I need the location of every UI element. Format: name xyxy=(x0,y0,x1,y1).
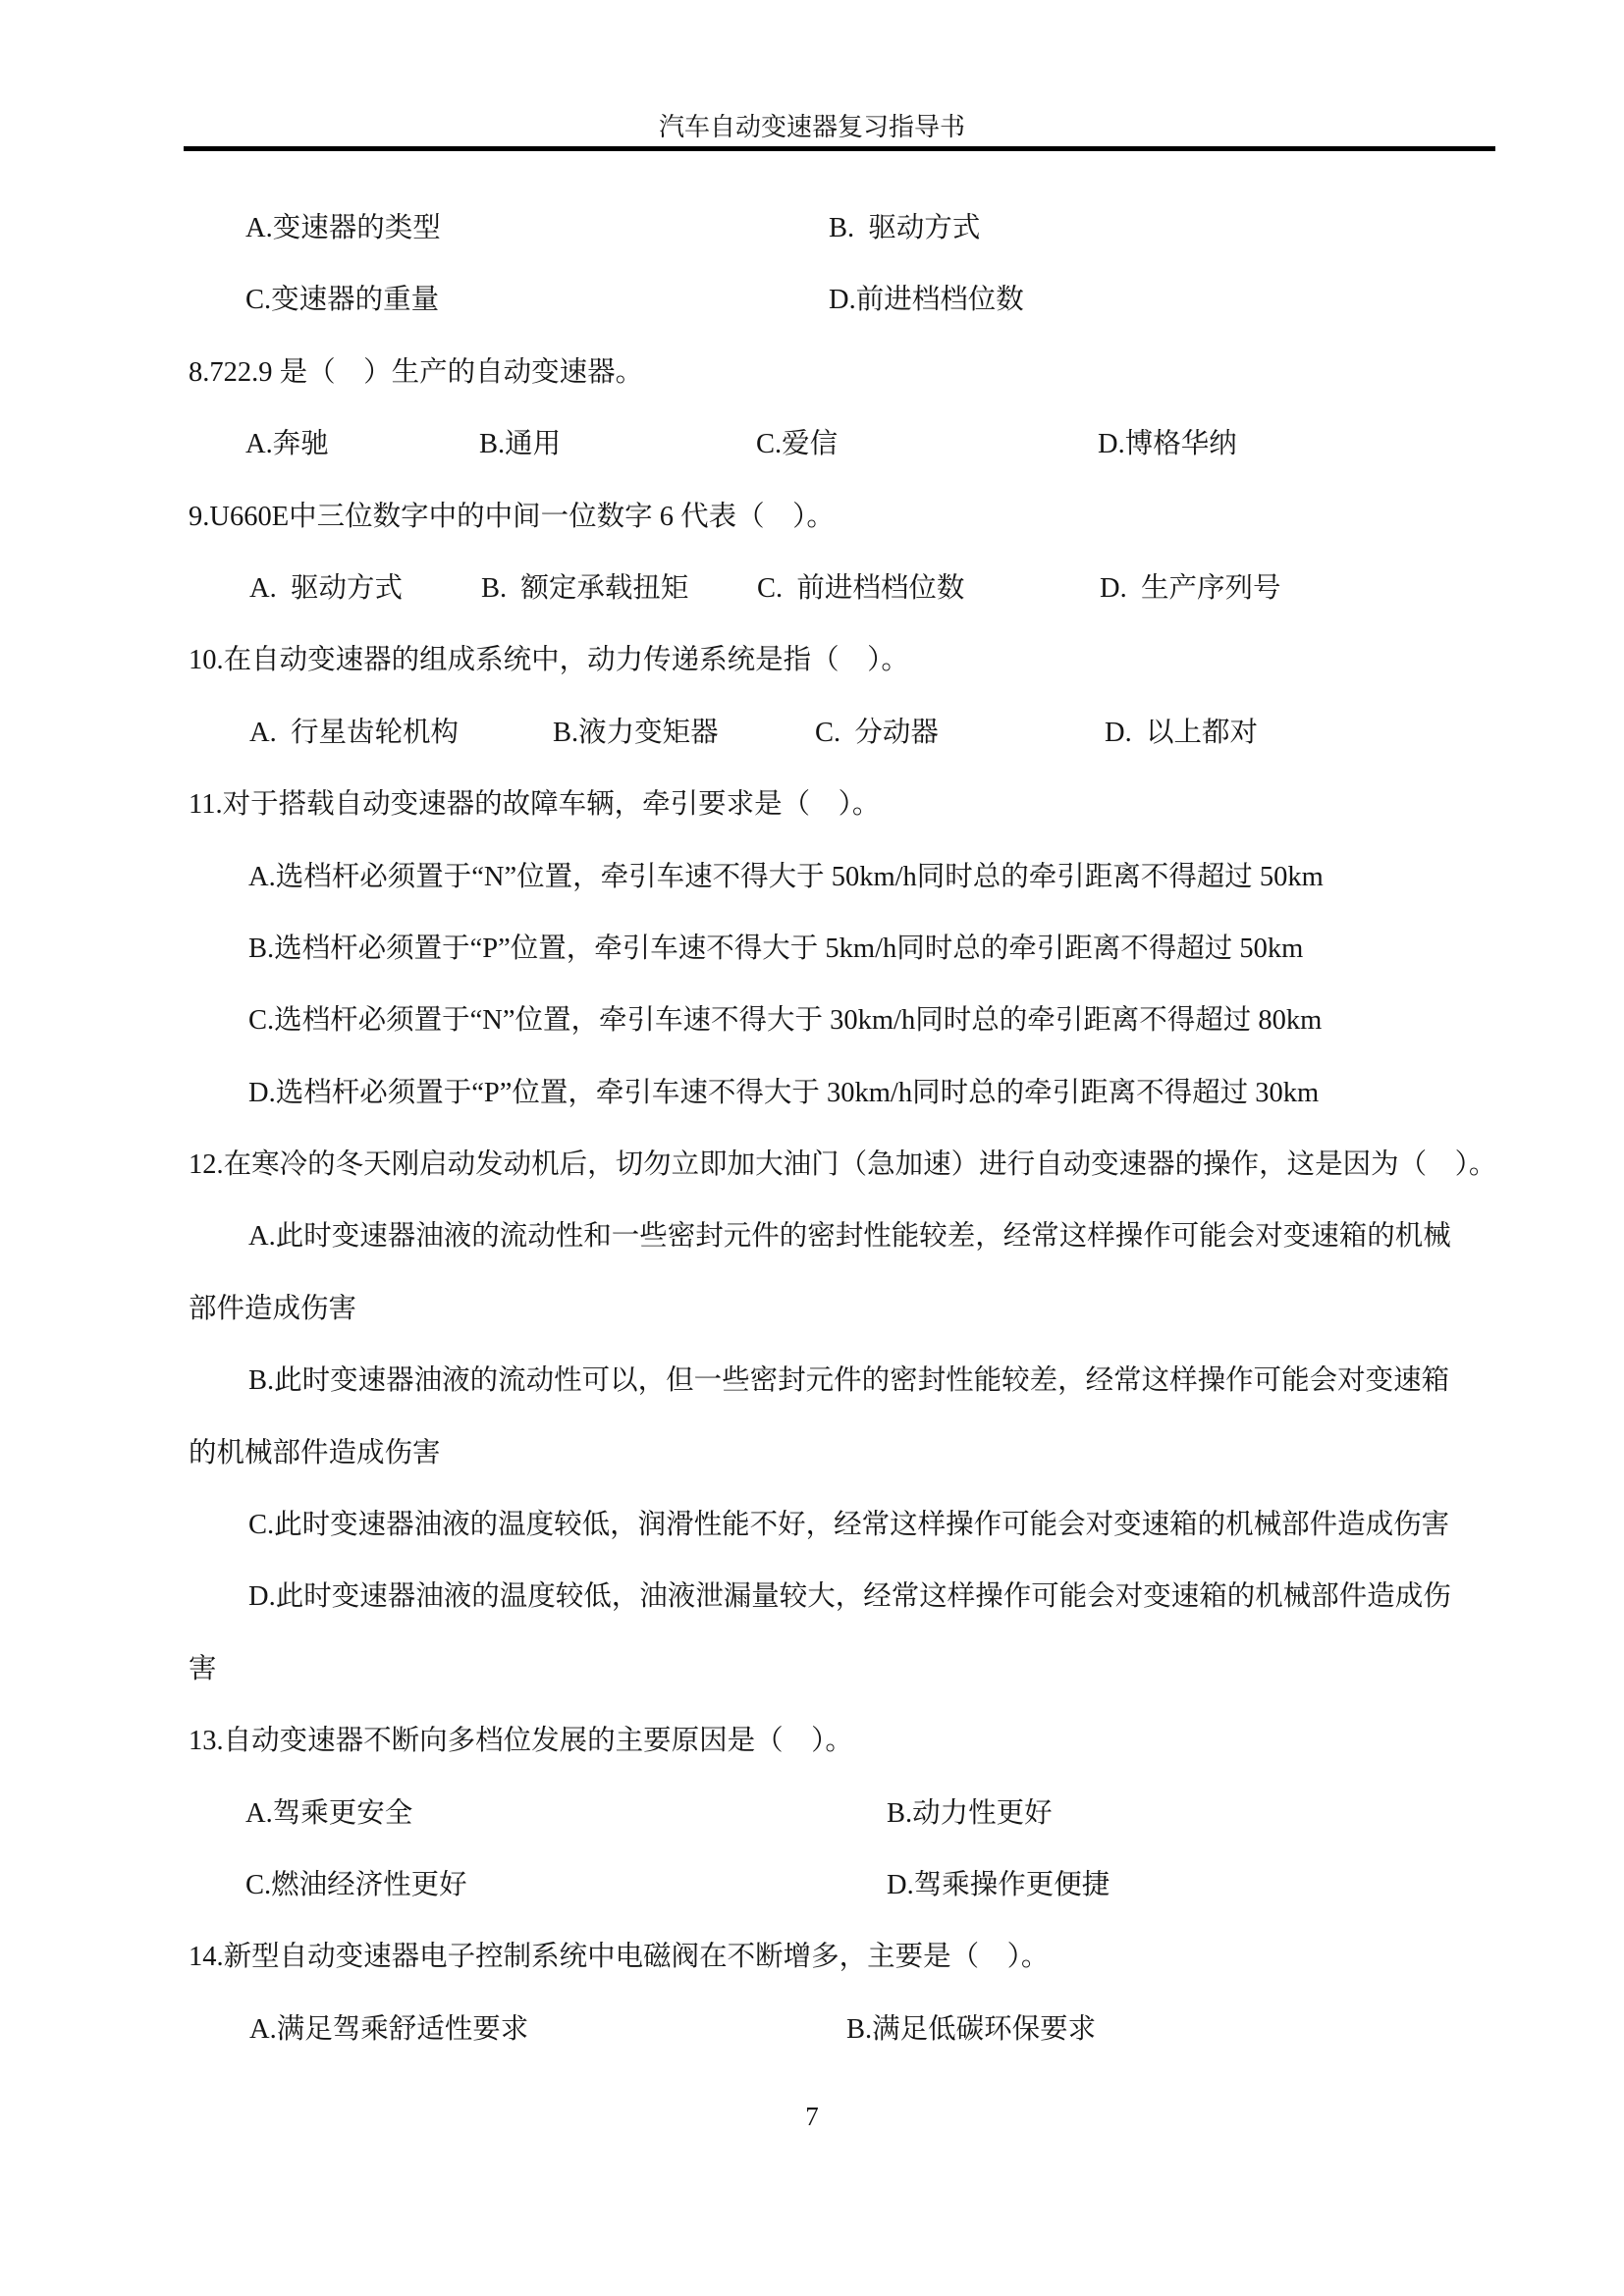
question-9-option-c: C. 前进档档位数 xyxy=(757,553,964,624)
question-13-text: 13.自动变速器不断向多档位发展的主要原因是（ ）。 xyxy=(189,1705,1504,1777)
header-rule xyxy=(184,146,1495,151)
question-11-option-c: C.选档杆必须置于“N”位置，牵引车速不得大于 30km/h同时总的牵引距离不得… xyxy=(189,985,1504,1056)
question-10-option-b: B.液力变矩器 xyxy=(553,697,719,769)
question-11-text: 11.对于搭载自动变速器的故障车辆，牵引要求是（ ）。 xyxy=(189,769,1504,840)
question-11-option-d: D.选档杆必须置于“P”位置，牵引车速不得大于 30km/h同时总的牵引距离不得… xyxy=(189,1057,1504,1129)
question-14-options-row: A.满足驾乘舒适性要求 B.满足低碳环保要求 xyxy=(189,1994,1504,2065)
question-8-option-b: B.通用 xyxy=(479,408,561,480)
page-number: 7 xyxy=(0,2087,1624,2146)
question-9-option-a: A. 驱动方式 xyxy=(249,553,403,624)
question-12-option-c: C.此时变速器油液的温度较低，润滑性能不好，经常这样操作可能会对变速箱的机械部件… xyxy=(189,1489,1504,1561)
question-10-text: 10.在自动变速器的组成系统中，动力传递系统是指（ ）。 xyxy=(189,624,1504,696)
page-header-title: 汽车自动变速器复习指导书 xyxy=(0,110,1624,145)
question-8-option-a: A.奔驰 xyxy=(245,408,329,480)
question-12-option-b-line-2: 的机械部件造成伤害 xyxy=(189,1417,1504,1489)
question-14-option-b: B.满足低碳环保要求 xyxy=(846,1994,1096,2065)
question-10-option-d: D. 以上都对 xyxy=(1105,697,1258,769)
question-11-option-b: B.选档杆必须置于“P”位置，牵引车速不得大于 5km/h同时总的牵引距离不得超… xyxy=(189,913,1504,985)
question-13-option-c: C.燃油经济性更好 xyxy=(245,1849,467,1921)
question-14-option-a: A.满足驾乘舒适性要求 xyxy=(249,1994,528,2065)
question-10-option-c: C. 分动器 xyxy=(815,697,939,769)
question-8-option-c: C.爱信 xyxy=(756,408,838,480)
question-12-option-b-line-1: B.此时变速器油液的流动性可以，但一些密封元件的密封性能较差，经常这样操作可能会… xyxy=(189,1345,1504,1416)
question-13-options-row-1: A.驾乘更安全 B.动力性更好 xyxy=(189,1778,1504,1849)
question-7-option-d: D.前进档档位数 xyxy=(829,264,1024,336)
question-13-option-d: D.驾乘操作更便捷 xyxy=(887,1849,1110,1921)
question-12-option-d-line-2: 害 xyxy=(189,1633,1504,1705)
question-13-options-row-2: C.燃油经济性更好 D.驾乘操作更便捷 xyxy=(189,1849,1504,1921)
question-13-option-b: B.动力性更好 xyxy=(887,1778,1053,1849)
question-9-options-row: A. 驱动方式 B. 额定承载扭矩 C. 前进档档位数 D. 生产序列号 xyxy=(189,553,1504,624)
question-9-text: 9.U660E中三位数字中的中间一位数字 6 代表（ ）。 xyxy=(189,481,1504,553)
question-12-option-a-line-2: 部件造成伤害 xyxy=(189,1273,1504,1345)
question-12-text: 12.在寒冷的冬天刚启动发动机后，切勿立即加大油门（急加速）进行自动变速器的操作… xyxy=(189,1129,1504,1201)
question-8-text: 8.722.9 是（ ）生产的自动变速器。 xyxy=(189,337,1504,408)
question-11-option-a: A.选档杆必须置于“N”位置，牵引车速不得大于 50km/h同时总的牵引距离不得… xyxy=(189,841,1504,913)
question-12-option-d-line-1: D.此时变速器油液的温度较低，油液泄漏量较大，经常这样操作可能会对变速箱的机械部… xyxy=(189,1561,1504,1632)
question-8-option-d: D.博格华纳 xyxy=(1098,408,1237,480)
question-12-option-a-line-1: A.此时变速器油液的流动性和一些密封元件的密封性能较差，经常这样操作可能会对变速… xyxy=(189,1201,1504,1272)
question-9-option-b: B. 额定承载扭矩 xyxy=(481,553,688,624)
question-13-option-a: A.驾乘更安全 xyxy=(245,1778,412,1849)
question-7-options-row-1: A.变速器的类型 B. 驱动方式 xyxy=(189,192,1504,264)
question-7-options-row-2: C.变速器的重量 D.前进档档位数 xyxy=(189,264,1504,336)
question-7-option-a: A.变速器的类型 xyxy=(245,192,441,264)
question-7-option-c: C.变速器的重量 xyxy=(245,264,439,336)
question-body: A.变速器的类型 B. 驱动方式 C.变速器的重量 D.前进档档位数 8.722… xyxy=(189,192,1504,2065)
question-9-option-d: D. 生产序列号 xyxy=(1100,553,1280,624)
question-8-options-row: A.奔驰 B.通用 C.爱信 D.博格华纳 xyxy=(189,408,1504,480)
document-page: 汽车自动变速器复习指导书 A.变速器的类型 B. 驱动方式 C.变速器的重量 D… xyxy=(0,0,1624,2296)
question-7-option-b: B. 驱动方式 xyxy=(829,192,980,264)
question-10-option-a: A. 行星齿轮机构 xyxy=(249,697,459,769)
question-14-text: 14.新型自动变速器电子控制系统中电磁阀在不断增多，主要是（ ）。 xyxy=(189,1921,1504,1993)
question-10-options-row: A. 行星齿轮机构 B.液力变矩器 C. 分动器 D. 以上都对 xyxy=(189,697,1504,769)
